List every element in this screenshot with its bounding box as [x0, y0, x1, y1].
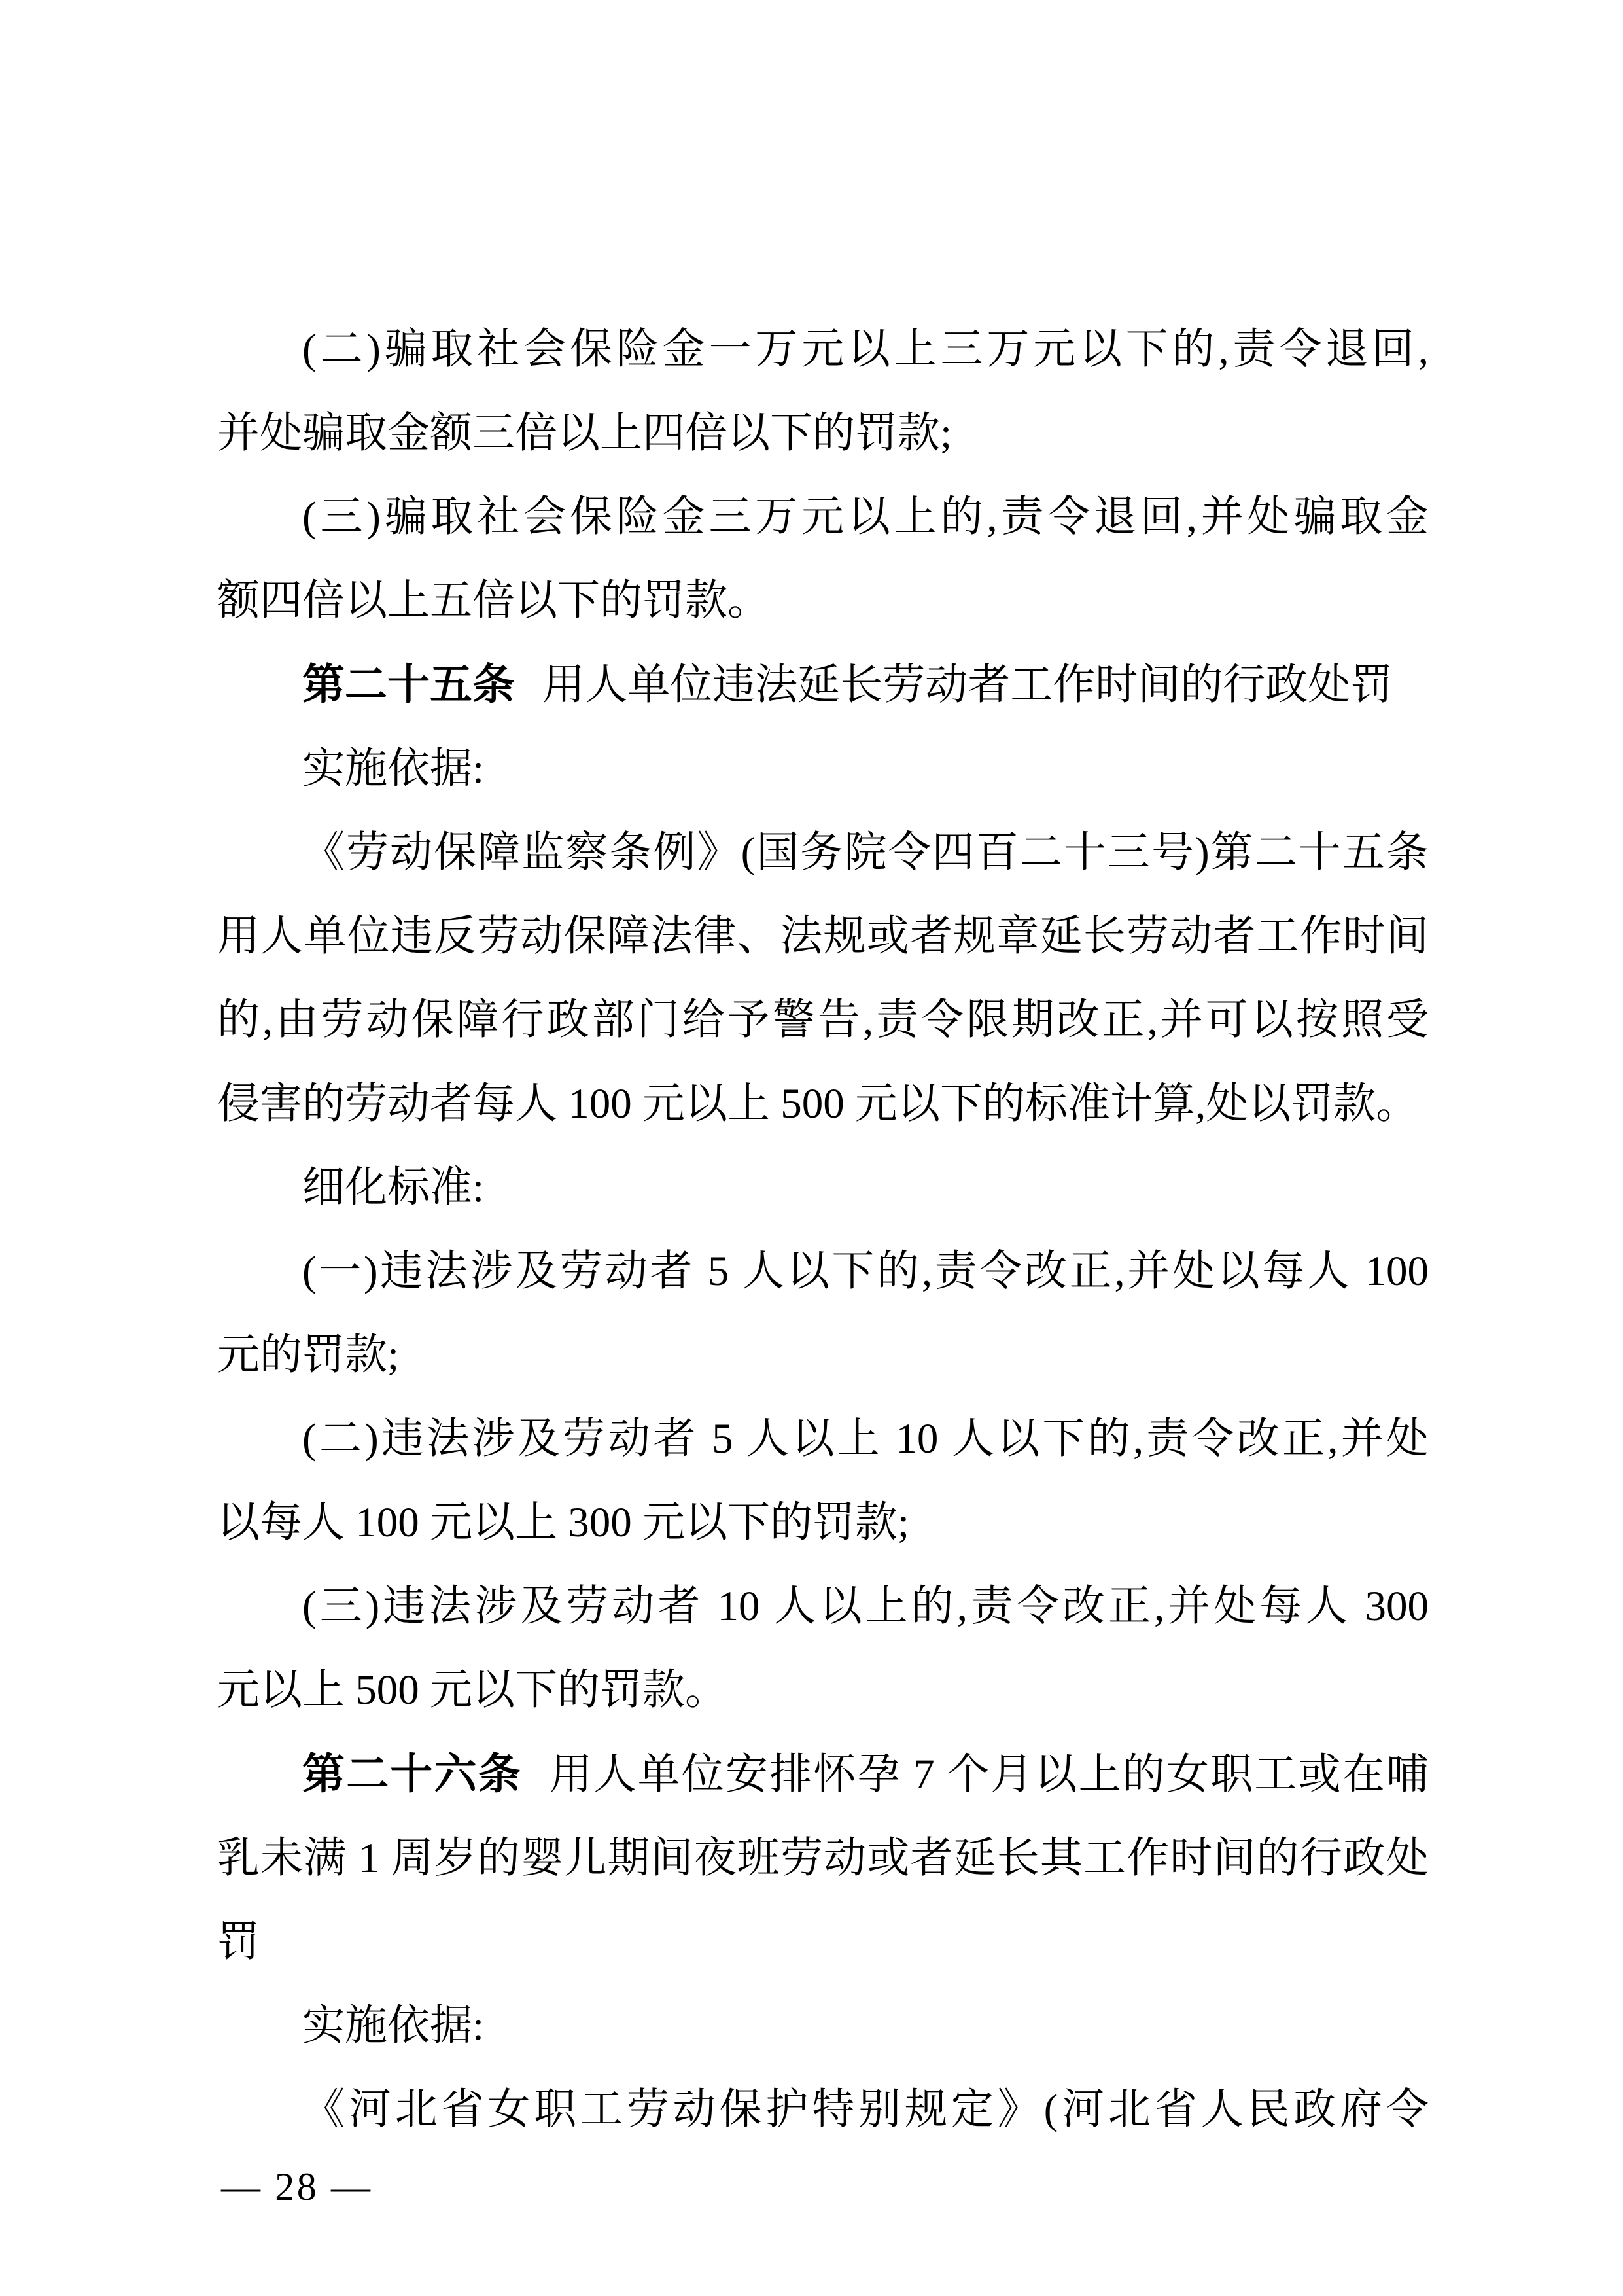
line-text: (二)骗取社会保险金一万元以上三万元以下的,责令退回,: [302, 326, 1429, 373]
text-line: 罚: [217, 1900, 1429, 1984]
text-line: 侵害的劳动者每人 100 元以上 500 元以下的标准计算,处以罚款。: [217, 1062, 1429, 1146]
text-line: 乳未满 1 周岁的婴儿期间夜班劳动或者延长其工作时间的行政处: [217, 1816, 1429, 1900]
line-text: (三)违法涉及劳动者 10 人以上的,责令改正,并处每人 300: [302, 1583, 1429, 1630]
line-text: 罚: [217, 1918, 260, 1966]
text-line: 第二十六条用人单位安排怀孕 7 个月以上的女职工或在哺: [217, 1732, 1429, 1816]
line-text: 以每人 100 元以上 300 元以下的罚款;: [217, 1499, 909, 1546]
text-line: 实施依据:: [217, 727, 1429, 811]
text-line: 《河北省女职工劳动保护特别规定》(河北省人民政府令: [217, 2068, 1429, 2151]
line-text: 侵害的劳动者每人 100 元以上 500 元以下的标准计算,处以罚款。: [217, 1080, 1418, 1127]
article-number-label: 第二十六条: [302, 1750, 522, 1797]
line-text: 乳未满 1 周岁的婴儿期间夜班劳动或者延长其工作时间的行政处: [217, 1835, 1429, 1882]
text-line: 用人单位违反劳动保障法律、法规或者规章延长劳动者工作时间: [217, 894, 1429, 978]
line-text: 元以上 500 元以下的罚款。: [217, 1667, 727, 1714]
text-line: (三)骗取社会保险金三万元以上的,责令退回,并处骗取金: [217, 475, 1429, 559]
line-text: 的,由劳动保障行政部门给予警告,责令限期改正,并可以按照受: [217, 997, 1429, 1044]
line-text: (二)违法涉及劳动者 5 人以上 10 人以下的,责令改正,并处: [302, 1415, 1429, 1462]
line-text: 《劳动保障监察条例》(国务院令四百二十三号)第二十五条: [302, 829, 1429, 876]
article-number-label: 第二十五条: [302, 660, 515, 708]
line-text: 元的罚款;: [217, 1332, 399, 1379]
text-line: 并处骗取金额三倍以上四倍以下的罚款;: [217, 391, 1429, 475]
line-text: (一)违法涉及劳动者 5 人以下的,责令改正,并处以每人 100: [302, 1248, 1429, 1295]
text-line: 《劳动保障监察条例》(国务院令四百二十三号)第二十五条: [217, 811, 1429, 894]
text-line: 元以上 500 元以下的罚款。: [217, 1648, 1429, 1732]
document-page: (二)骗取社会保险金一万元以上三万元以下的,责令退回, 并处骗取金额三倍以上四倍…: [0, 0, 1623, 2296]
text-line: 第二十五条用人单位违法延长劳动者工作时间的行政处罚: [217, 643, 1429, 727]
line-text: 细化标准:: [302, 1164, 484, 1211]
line-text: 用人单位违法延长劳动者工作时间的行政处罚: [542, 662, 1393, 709]
text-line: 额四倍以上五倍以下的罚款。: [217, 559, 1429, 643]
line-text: 实施依据:: [302, 745, 484, 792]
text-line: (二)违法涉及劳动者 5 人以上 10 人以下的,责令改正,并处: [217, 1397, 1429, 1481]
line-text: 并处骗取金额三倍以上四倍以下的罚款;: [217, 410, 952, 457]
line-text: 《河北省女职工劳动保护特别规定》(河北省人民政府令: [302, 2086, 1429, 2133]
text-line: 实施依据:: [217, 1984, 1429, 2068]
text-line: (三)违法涉及劳动者 10 人以上的,责令改正,并处每人 300: [217, 1564, 1429, 1648]
text-line: (二)骗取社会保险金一万元以上三万元以下的,责令退回,: [217, 308, 1429, 391]
body-text-block: (二)骗取社会保险金一万元以上三万元以下的,责令退回, 并处骗取金额三倍以上四倍…: [217, 308, 1429, 2151]
line-text: 额四倍以上五倍以下的罚款。: [217, 577, 770, 624]
page-number: — 28 —: [221, 2154, 373, 2219]
text-line: 细化标准:: [217, 1146, 1429, 1229]
text-line: 以每人 100 元以上 300 元以下的罚款;: [217, 1481, 1429, 1564]
text-line: 元的罚款;: [217, 1313, 1429, 1397]
text-line: (一)违法涉及劳动者 5 人以下的,责令改正,并处以每人 100: [217, 1229, 1429, 1313]
line-text: 实施依据:: [302, 2002, 484, 2049]
text-line: 的,由劳动保障行政部门给予警告,责令限期改正,并可以按照受: [217, 978, 1429, 1062]
line-text: 用人单位安排怀孕 7 个月以上的女职工或在哺: [550, 1751, 1429, 1798]
line-text: 用人单位违反劳动保障法律、法规或者规章延长劳动者工作时间: [217, 913, 1429, 960]
line-text: (三)骗取社会保险金三万元以上的,责令退回,并处骗取金: [302, 493, 1429, 540]
